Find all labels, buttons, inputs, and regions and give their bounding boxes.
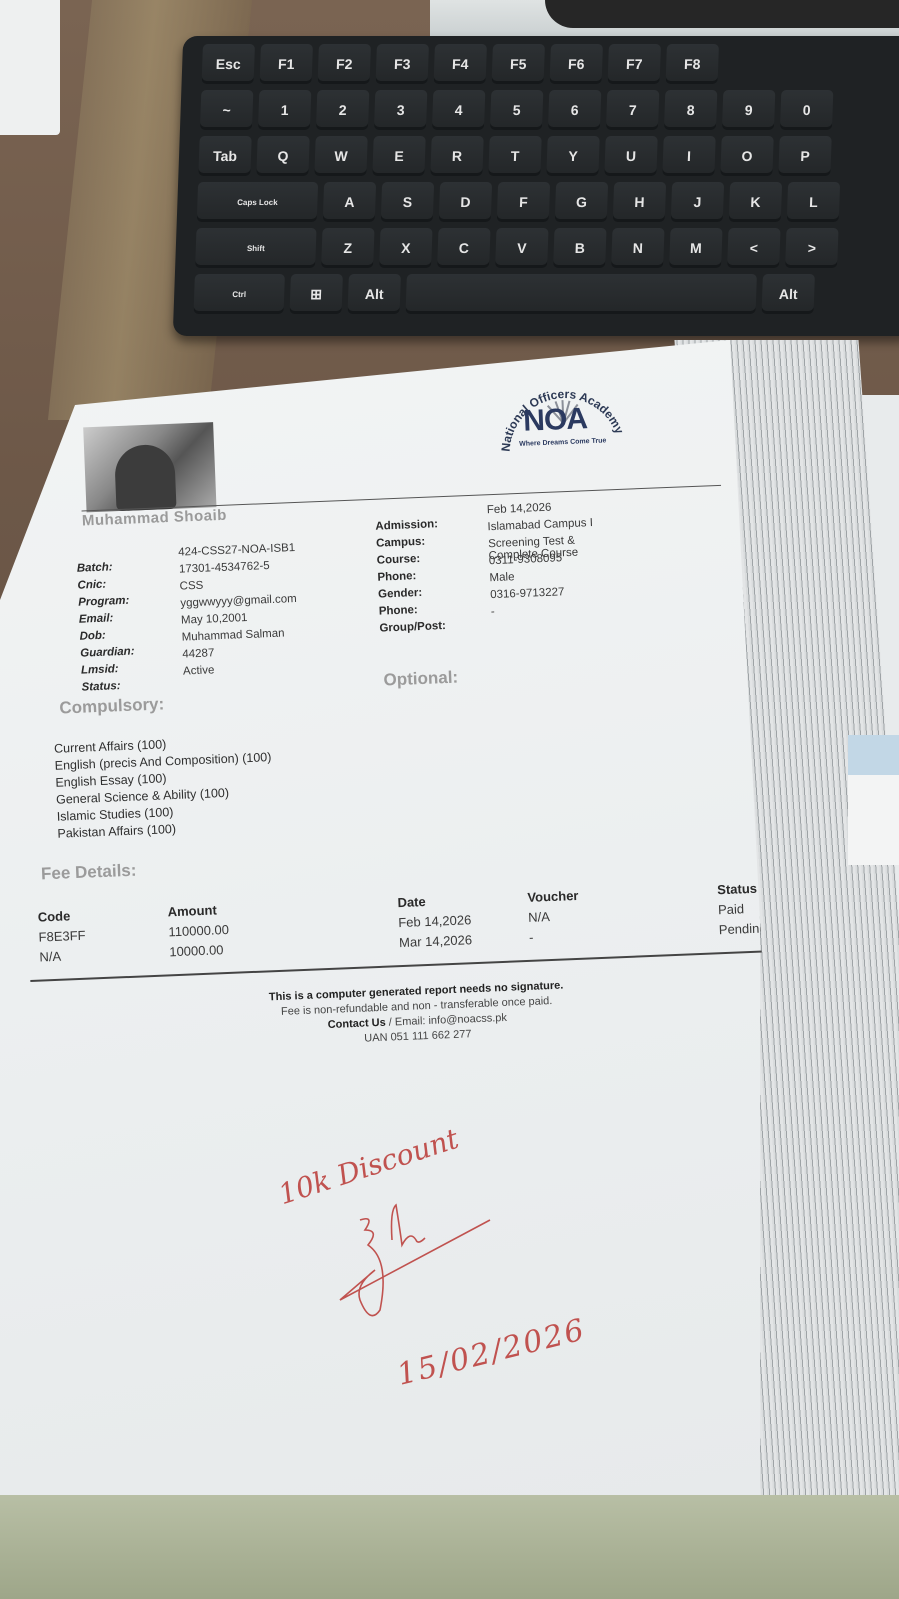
fee-cell-status: Paid [718, 901, 745, 917]
field-value: Active [183, 664, 215, 677]
field-value: Muhammad Salman [181, 627, 284, 643]
key-alt: Alt [348, 274, 401, 314]
keyboard-row-number: ~1234567890 [200, 90, 833, 130]
key-o: O [720, 136, 773, 176]
keyboard-row-function: EscF1F2F3F4F5F6F7F8 [202, 44, 719, 84]
field-label: Course: [377, 553, 421, 567]
key-f4: F4 [434, 44, 487, 84]
field-value: May 10,2001 [181, 612, 248, 627]
field-label: Gender: [378, 587, 423, 601]
compulsory-title: Compulsory: [59, 694, 165, 718]
key-f5: F5 [492, 44, 545, 84]
key-b: B [553, 228, 606, 268]
key-w: W [314, 136, 367, 176]
key-8: 8 [664, 90, 717, 130]
keyboard: EscF1F2F3F4F5F6F7F8 ~1234567890 TabQWERT… [173, 36, 899, 336]
key-y: Y [546, 136, 599, 176]
key-c: C [437, 228, 490, 268]
field-value: Feb 14,2026 [487, 502, 552, 517]
fee-cell-status: Pending [719, 920, 767, 937]
keyboard-row-shift: ShiftZXCVBNM<> [195, 228, 838, 268]
key-f2: F2 [318, 44, 371, 84]
key-t: T [488, 136, 541, 176]
subject-item: English Essay (100) [55, 771, 167, 789]
field-label: Group/Post: [379, 620, 446, 635]
key--: ~ [200, 90, 253, 130]
fee-column-header: Voucher [527, 888, 579, 905]
field-value: Islamabad Campus I [487, 517, 593, 533]
institute-logo: National Officers Academy NOA Where Drea… [486, 370, 639, 466]
key-s: S [381, 182, 434, 222]
field-label: Status: [81, 680, 120, 694]
subject-item: Pakistan Affairs (100) [57, 822, 176, 841]
key-m: M [669, 228, 722, 268]
field-value: 0311-9308095 [489, 552, 563, 567]
field-label: Dob: [79, 630, 106, 643]
field-label: Phone: [379, 604, 418, 618]
key-1: 1 [258, 90, 311, 130]
key-caps-lock: Caps Lock [197, 182, 318, 222]
key-3: 3 [374, 90, 427, 130]
field-label: Admission: [375, 518, 438, 533]
keyboard-row-home: Caps LockASDFGHJKL [197, 182, 840, 222]
field-value: Male [489, 571, 514, 584]
key-f6: F6 [550, 44, 603, 84]
key-2: 2 [316, 90, 369, 130]
key-0: 0 [780, 90, 833, 130]
key-j: J [671, 182, 724, 222]
field-label: Cnic: [77, 579, 106, 592]
key-a: A [323, 182, 376, 222]
report-footer: This is a computer generated report need… [236, 977, 598, 1051]
field-value: 0316-9713227 [490, 586, 565, 601]
signature-icon [330, 1200, 500, 1330]
key-f7: F7 [608, 44, 661, 84]
fee-cell-amount: 110000.00 [168, 922, 229, 939]
fee-cell-date: Feb 14,2026 [398, 912, 472, 930]
logo-abbrev: NOA [523, 402, 588, 439]
fee-divider [30, 948, 819, 981]
key-l: L [787, 182, 840, 222]
fee-cell-code: N/A [39, 949, 61, 965]
key-d: D [439, 182, 492, 222]
field-value: 424-CSS27-NOA-ISB1 [178, 542, 295, 559]
field-label: Phone: [377, 570, 416, 584]
fee-column-header: Date [397, 894, 426, 910]
key-e: E [372, 136, 425, 176]
key-i: I [662, 136, 715, 176]
footer-contact-label: Contact Us [327, 1017, 385, 1031]
fee-column-header: Status [717, 881, 757, 898]
key-f1: F1 [260, 44, 313, 84]
field-label: Guardian: [80, 646, 135, 660]
key-r: R [430, 136, 483, 176]
key-p: P [778, 136, 831, 176]
keyboard-row-qwerty: TabQWERTYUIOP [198, 136, 831, 176]
key-5: 5 [490, 90, 543, 130]
field-value: yggwwyyy@gmail.com [180, 593, 297, 610]
key-n: N [611, 228, 664, 268]
key-f: F [497, 182, 550, 222]
field-value: - [491, 606, 495, 618]
key-g: G [555, 182, 608, 222]
key-h: H [613, 182, 666, 222]
key-q: Q [256, 136, 309, 176]
fabric-edge [0, 1495, 899, 1599]
key-f8: F8 [666, 44, 719, 84]
key-tab: Tab [198, 136, 251, 176]
key-k: K [729, 182, 782, 222]
key-f3: F3 [376, 44, 429, 84]
key-esc: Esc [202, 44, 255, 84]
fee-cell-voucher: N/A [528, 909, 550, 925]
field-label: Campus: [376, 536, 426, 550]
key-v: V [495, 228, 548, 268]
field-label: Program: [78, 595, 130, 609]
keyboard-row-bottom: Ctrl⊞AltAlt [194, 274, 815, 314]
monitor-base [545, 0, 899, 28]
fee-column-header: Code [38, 908, 71, 924]
key--: ⊞ [290, 274, 343, 314]
field-value: 44287 [182, 647, 214, 660]
paper-corner [0, 0, 60, 135]
key-x: X [379, 228, 432, 268]
field-label: Email: [79, 612, 114, 625]
field-label: Lmsid: [81, 663, 119, 677]
fee-cell-amount: 10000.00 [169, 942, 224, 959]
key-u: U [604, 136, 657, 176]
subject-item: Islamic Studies (100) [57, 805, 174, 824]
key-9: 9 [722, 90, 775, 130]
key-7: 7 [606, 90, 659, 130]
field-value: CSS [179, 580, 203, 593]
fee-column-header: Amount [167, 902, 217, 919]
key-6: 6 [548, 90, 601, 130]
optional-title: Optional: [383, 668, 458, 691]
fee-cell-voucher: - [529, 930, 534, 945]
fee-cell-code: F8E3FF [38, 928, 86, 945]
key--: > [785, 228, 838, 268]
key-space [406, 274, 757, 314]
subject-item: General Science & Ability (100) [56, 786, 229, 807]
key--: < [727, 228, 780, 268]
fee-details-title: Fee Details: [41, 861, 137, 885]
key-z: Z [321, 228, 374, 268]
field-label: Batch: [77, 561, 113, 574]
field-value: 17301-4534762-5 [179, 560, 270, 576]
key-alt: Alt [762, 274, 815, 314]
fee-cell-date: Mar 14,2026 [399, 932, 473, 950]
subject-item: Current Affairs (100) [54, 737, 167, 755]
key-4: 4 [432, 90, 485, 130]
key-shift: Shift [195, 228, 316, 268]
footer-contact-email: / Email: info@noacss.pk [386, 1012, 508, 1029]
key-ctrl: Ctrl [194, 274, 285, 314]
student-photo [83, 422, 216, 512]
side-paper-tab [848, 735, 899, 865]
